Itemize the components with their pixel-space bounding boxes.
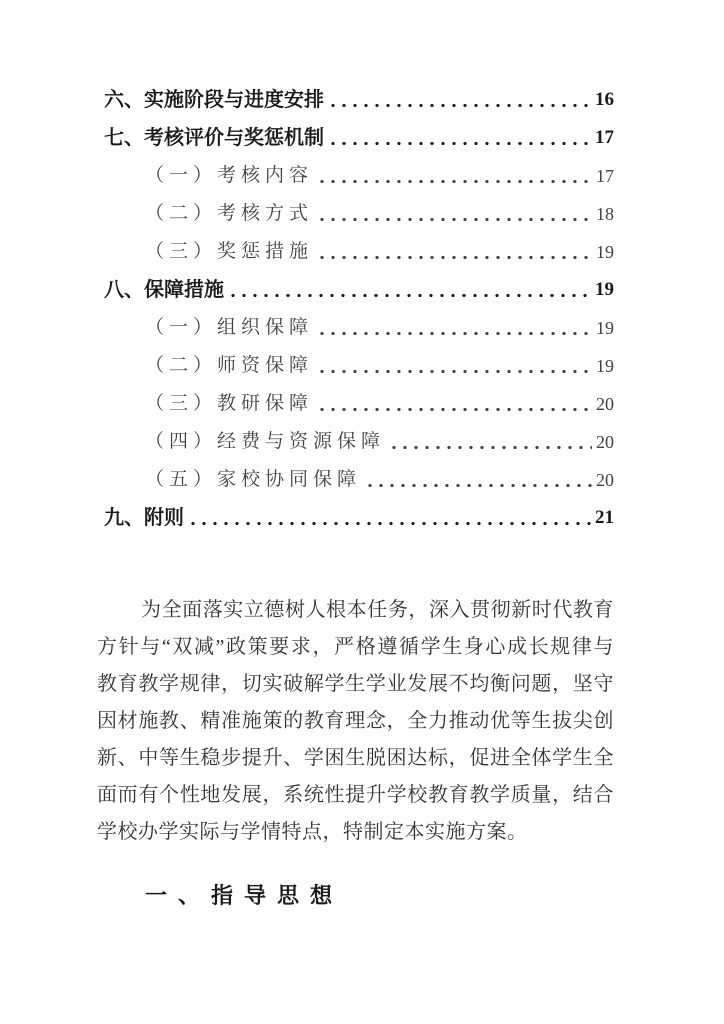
toc-entry: 九、附则21 xyxy=(97,499,614,537)
toc-page-number: 16 xyxy=(595,81,614,119)
paragraph-line: 为全面落实立德树人根本任务，深入贯彻新时代教育 xyxy=(97,592,614,629)
toc-entry-title: （四）经费与资源保障 xyxy=(145,423,385,461)
toc-dot-leader xyxy=(320,347,592,385)
toc-dot-leader xyxy=(331,119,591,157)
toc-dot-leader xyxy=(320,157,592,195)
toc-entry: （一）考核内容17 xyxy=(97,157,614,195)
paragraph-line: 学校办学实际与学情特点，特制定本实施方案。 xyxy=(97,814,614,851)
toc-entry-title: （二）考核方式 xyxy=(145,195,313,233)
toc-page-number: 20 xyxy=(596,423,614,461)
paragraph-line: 因材施教、精准施策的教育理念，全力推动优等生拔尖创 xyxy=(97,703,614,740)
toc-page-number: 19 xyxy=(596,233,614,271)
paragraph-line: 教育教学规律，切实破解学生学业发展不均衡问题，坚守 xyxy=(97,666,614,703)
toc-entry: 六、实施阶段与进度安排16 xyxy=(97,81,614,119)
toc-dot-leader xyxy=(320,233,592,271)
toc-page-number: 17 xyxy=(595,119,614,157)
toc-page-number: 19 xyxy=(596,347,614,385)
toc-entry-title: （三）教研保障 xyxy=(145,385,313,423)
toc-dot-leader xyxy=(331,81,591,119)
toc-entry-title: 七、考核评价与奖惩机制 xyxy=(104,119,324,157)
toc-entry-title: （二）师资保障 xyxy=(145,347,313,385)
toc-entry-title: 六、实施阶段与进度安排 xyxy=(104,81,324,119)
toc-dot-leader xyxy=(320,385,592,423)
toc-entry: （三）奖惩措施19 xyxy=(97,233,614,271)
toc-page-number: 21 xyxy=(595,499,614,537)
toc-page-number: 19 xyxy=(595,271,614,309)
toc-entry-title: （一）组织保障 xyxy=(145,309,313,347)
section-heading: 一、指导思想 xyxy=(145,884,614,908)
toc-dot-leader xyxy=(320,309,592,347)
toc-entry: （二）考核方式18 xyxy=(97,195,614,233)
toc-entry-title: （一）考核内容 xyxy=(145,157,313,195)
toc-entry-title: 九、附则 xyxy=(104,499,184,537)
paragraph-line: 面而有个性地发展，系统性提升学校教育教学质量，结合 xyxy=(97,777,614,814)
toc-dot-leader xyxy=(368,461,592,499)
body-paragraph: 为全面落实立德树人根本任务，深入贯彻新时代教育方针与“双减”政策要求，严格遵循学… xyxy=(97,592,614,851)
toc-entry: 七、考核评价与奖惩机制17 xyxy=(97,119,614,157)
toc-entry: （三）教研保障20 xyxy=(97,385,614,423)
toc-dot-leader xyxy=(231,271,591,309)
toc-entry-title: （五）家校协同保障 xyxy=(145,461,361,499)
paragraph-line: 方针与“双减”政策要求，严格遵循学生身心成长规律与 xyxy=(97,629,614,666)
page-content: 六、实施阶段与进度安排16七、考核评价与奖惩机制17（一）考核内容17（二）考核… xyxy=(97,81,614,908)
toc-entry: （四）经费与资源保障20 xyxy=(97,423,614,461)
toc-page-number: 17 xyxy=(596,157,614,195)
toc-page-number: 19 xyxy=(596,309,614,347)
toc-entry: 八、保障措施19 xyxy=(97,271,614,309)
toc-entry: （五）家校协同保障20 xyxy=(97,461,614,499)
paragraph-line: 新、中等生稳步提升、学困生脱困达标，促进全体学生全 xyxy=(97,740,614,777)
toc-dot-leader xyxy=(320,195,592,233)
toc-page-number: 20 xyxy=(596,461,614,499)
toc-page-number: 20 xyxy=(596,385,614,423)
toc-page-number: 18 xyxy=(596,195,614,233)
toc-entry-title: （三）奖惩措施 xyxy=(145,233,313,271)
toc-entry: （二）师资保障19 xyxy=(97,347,614,385)
table-of-contents: 六、实施阶段与进度安排16七、考核评价与奖惩机制17（一）考核内容17（二）考核… xyxy=(97,81,614,537)
document-page: 六、实施阶段与进度安排16七、考核评价与奖惩机制17（一）考核内容17（二）考核… xyxy=(0,0,724,1024)
toc-entry: （一）组织保障19 xyxy=(97,309,614,347)
toc-entry-title: 八、保障措施 xyxy=(104,271,224,309)
toc-dot-leader xyxy=(191,499,591,537)
toc-dot-leader xyxy=(392,423,592,461)
